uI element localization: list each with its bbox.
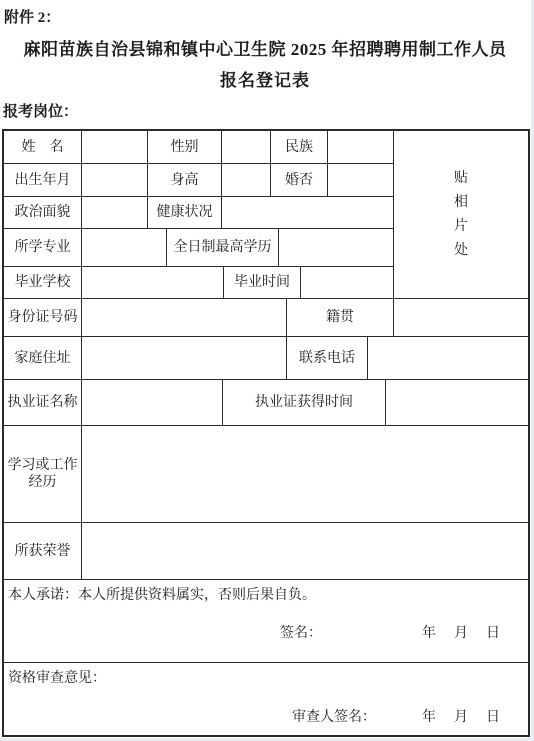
gender-label: 性别 [148,131,222,163]
health-status-field [222,197,393,228]
license-name-label: 执业证名称 [4,380,82,425]
registration-table: 姓 名 性别 民族 出生年月 身高 婚否 政治面貌 [2,129,530,737]
month-label: 月 [454,706,468,726]
table-row: 姓 名 性别 民族 [4,131,393,164]
major-label: 所学专业 [4,229,82,266]
reviewer-signature-line: 审查人签名： 年 月 日 [4,706,528,726]
table-row: 所学专业 全日制最高学历 [4,229,393,267]
home-address-label: 家庭住址 [4,337,82,379]
document-title-line2: 报名登记表 [2,70,528,92]
fulltime-education-label: 全日制最高学历 [167,229,279,266]
birth-date-field [82,164,148,196]
attachment-label: 附件 2： [4,8,528,28]
table-row: 家庭住址 联系电话 [4,337,528,380]
license-time-label: 执业证获得时间 [223,380,386,425]
table-row: 所获荣誉 [4,523,528,580]
gender-field [222,131,271,163]
year-label: 年 [422,706,436,726]
experience-field [82,426,528,522]
table-row: 出生年月 身高 婚否 [4,164,393,197]
photo-paste-area: 贴 相 片 处 [393,131,528,298]
experience-label: 学习或工作经历 [4,426,82,522]
id-number-field [82,299,287,336]
ethnicity-field [328,131,393,163]
applied-position-label: 报考岗位： [3,102,528,122]
commitment-row: 本人承诺：本人所提供资料属实，否则后果自负。 签名： 年 月 日 [4,580,528,663]
honors-field [82,523,528,579]
license-name-field [82,380,223,425]
health-status-label: 健康状况 [148,197,222,228]
fulltime-education-field [279,229,393,266]
signature-label: 签名： [280,622,322,642]
graduation-school-label: 毕业学校 [4,267,82,298]
name-field [82,131,148,163]
ethnicity-label: 民族 [271,131,328,163]
name-label: 姓 名 [4,131,82,163]
graduation-school-field [82,267,224,298]
document-page: 附件 2： 麻阳苗族自治县锦和镇中心卫生院 2025 年招聘聘用制工作人员 报名… [0,0,531,738]
table-row: 执业证名称 执业证获得时间 [4,380,528,426]
height-field [222,164,271,196]
signature-line: 签名： 年 月 日 [4,622,528,642]
contact-phone-label: 联系电话 [287,337,368,379]
graduation-time-field [301,267,393,298]
political-status-label: 政治面貌 [4,197,82,228]
year-label: 年 [422,622,436,642]
home-address-field [82,337,287,379]
major-field [82,229,167,266]
political-status-field [82,197,148,228]
day-label: 日 [486,622,500,642]
honors-label: 所获荣誉 [4,523,82,579]
license-time-field [386,380,528,425]
reviewer-signature-label: 审查人签名： [292,706,376,726]
day-label: 日 [486,706,500,726]
birth-date-label: 出生年月 [4,164,82,196]
table-row: 政治面貌 健康状况 [4,197,393,229]
month-label: 月 [454,622,468,642]
table-top-section: 姓 名 性别 民族 出生年月 身高 婚否 政治面貌 [4,131,528,299]
height-label: 身高 [148,164,222,196]
graduation-time-label: 毕业时间 [224,267,301,298]
commitment-text: 本人承诺：本人所提供资料属实，否则后果自负。 [8,586,524,605]
table-row: 毕业学校 毕业时间 [4,267,393,298]
qualification-review-label: 资格审查意见： [8,669,524,688]
marital-status-field [328,164,393,196]
native-place-field [394,299,528,336]
marital-status-label: 婚否 [271,164,328,196]
native-place-label: 籍贯 [287,299,394,336]
contact-phone-field [368,337,528,379]
id-number-label: 身份证号码 [4,299,82,336]
review-row: 资格审查意见： 审查人签名： 年 月 日 [4,663,528,735]
table-row: 学习或工作经历 [4,426,528,523]
table-row: 身份证号码 籍贯 [4,299,528,337]
document-title-line1: 麻阳苗族自治县锦和镇中心卫生院 2025 年招聘聘用制工作人员 [2,39,528,61]
